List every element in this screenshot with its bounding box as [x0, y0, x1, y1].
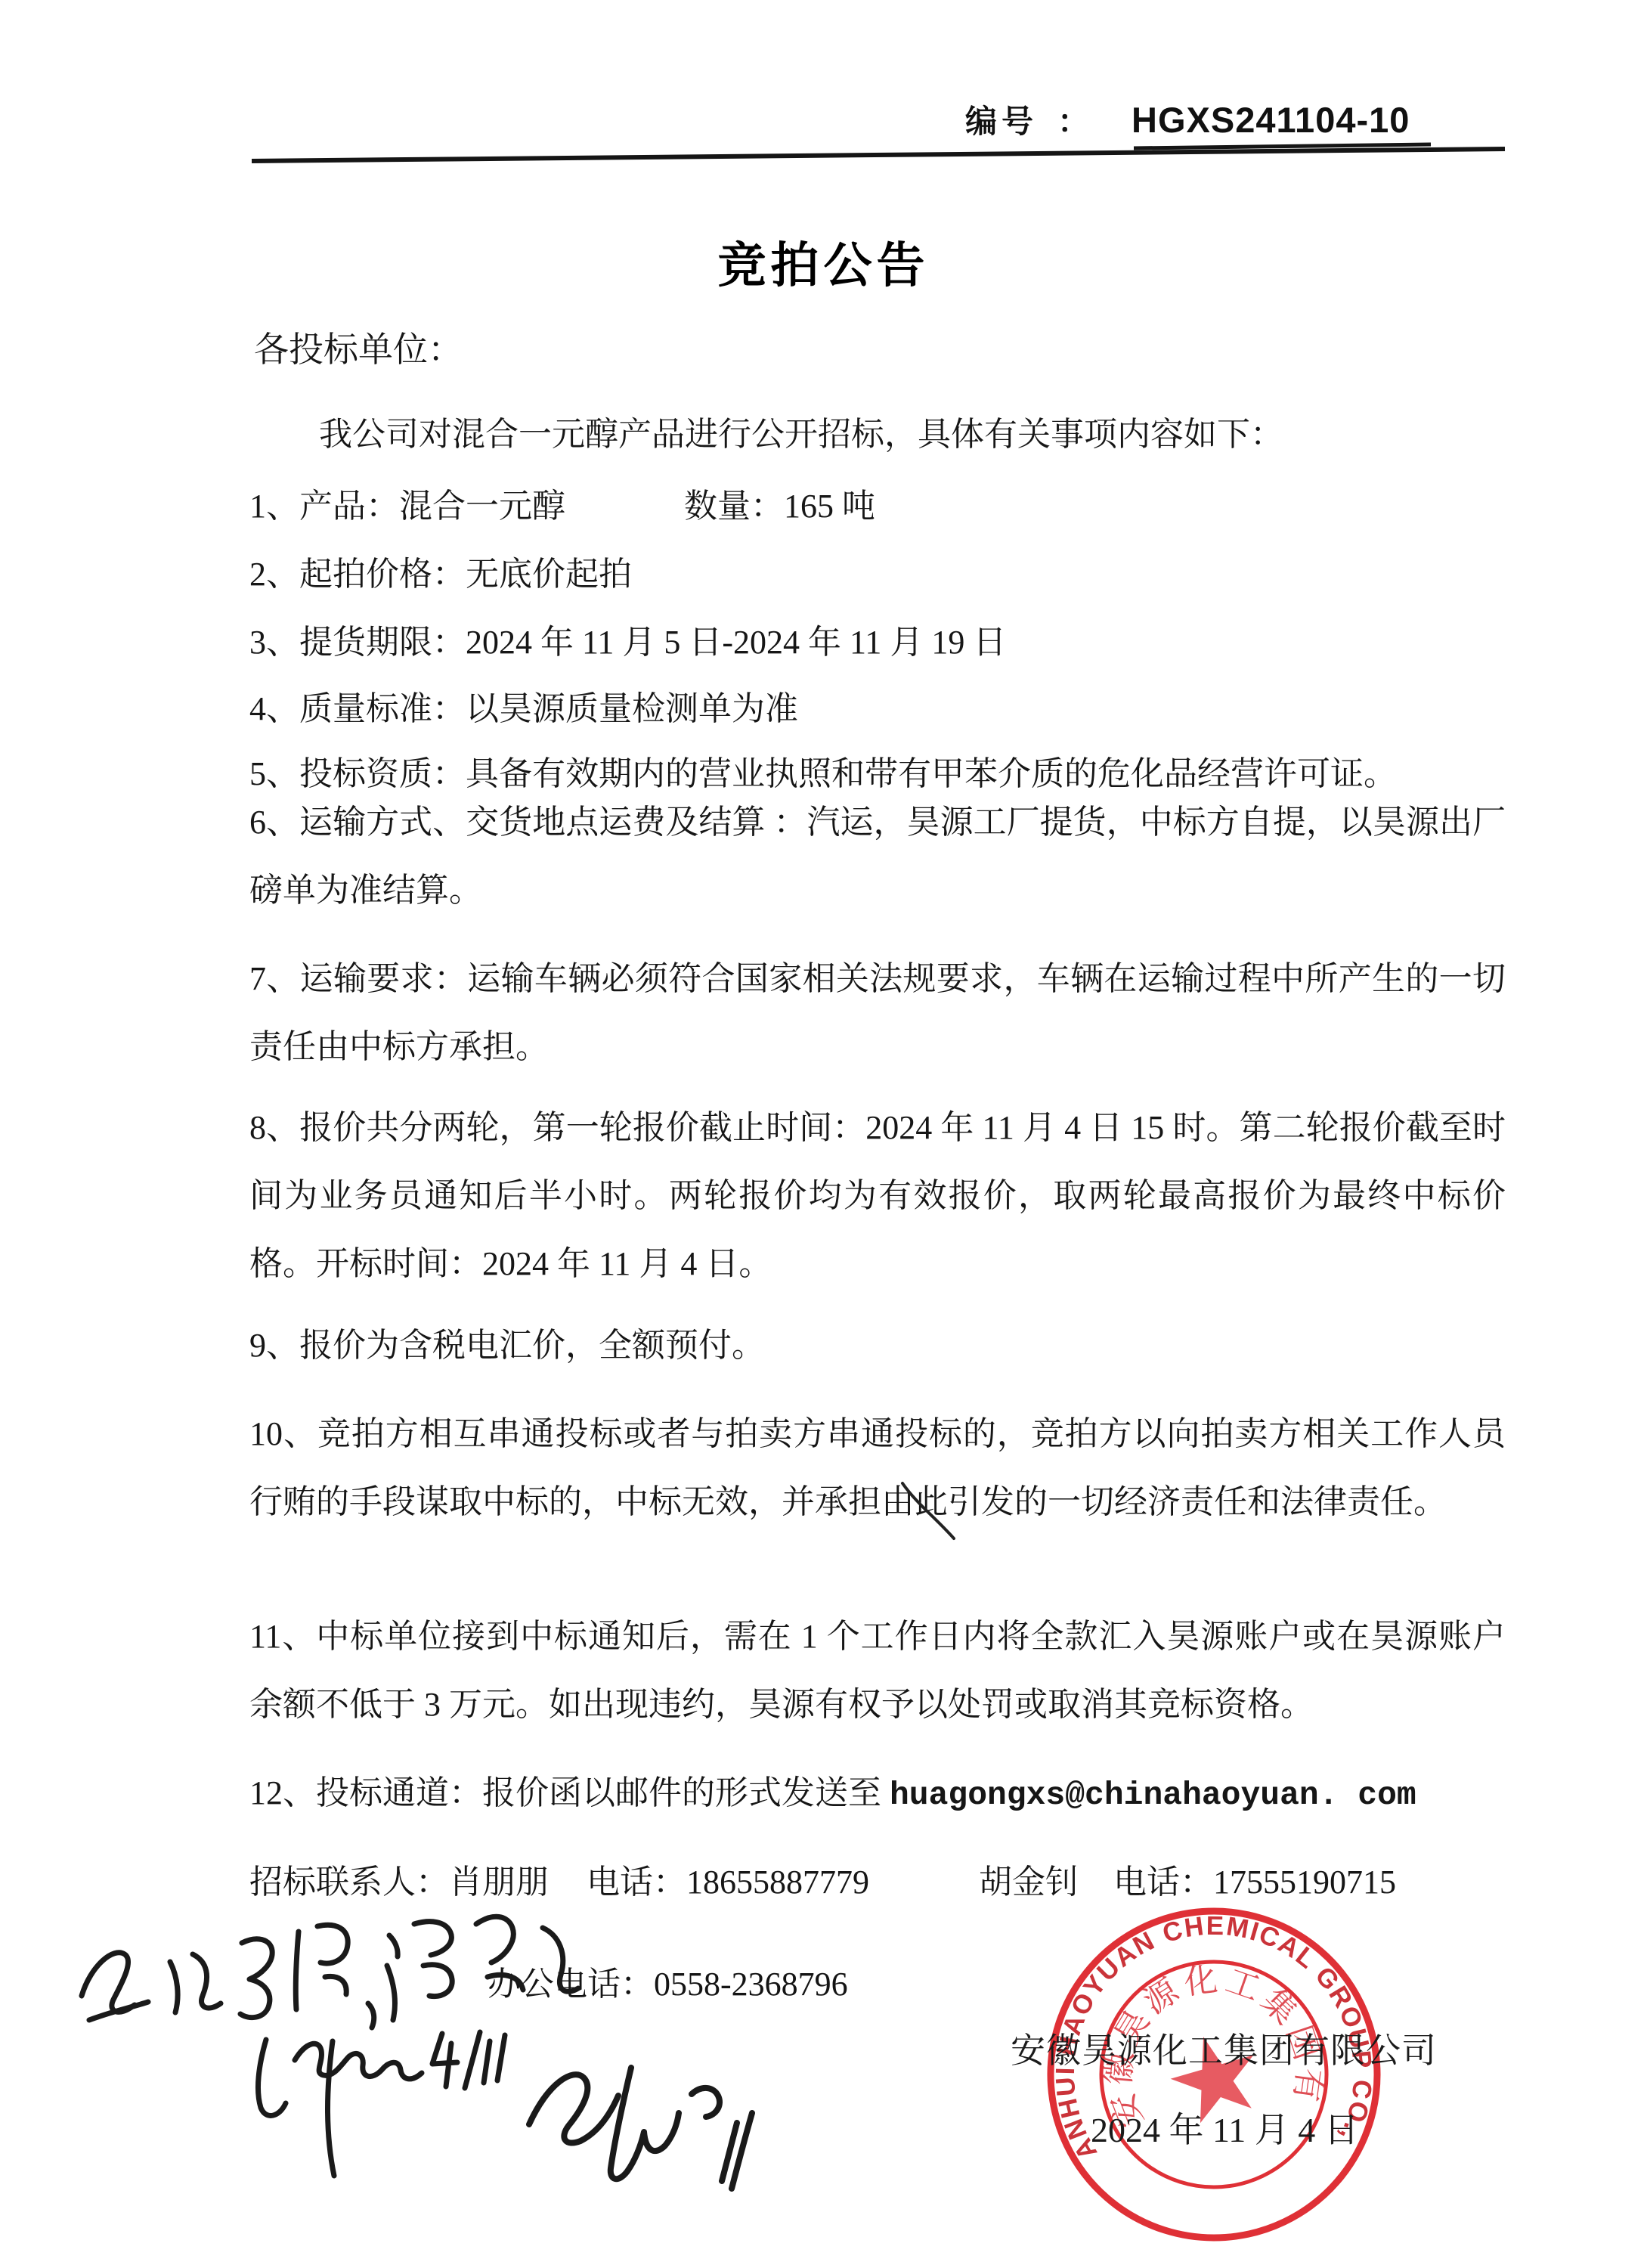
seal-inner-text: 安徽昊源化工集团有限公司 — [1042, 1905, 1331, 2139]
company-name: 安徽昊源化工集团有限公司 — [1011, 2028, 1437, 2074]
contact-phone-1: 电话：18655887779 — [587, 1848, 869, 1916]
intro-paragraph: 我公司对混合一元醇产品进行公开招标，具体有关事项内容如下： — [249, 401, 1506, 469]
item-12-prefix: 12、投标通道：报价函以邮件的形式发送至 — [249, 1774, 890, 1811]
approver-signature-left — [258, 2032, 505, 2176]
contact-phone-2: 电话：17555190715 — [1113, 1848, 1396, 1916]
item-1-quantity: 数量：165 吨 — [684, 472, 875, 541]
contact-person-2: 胡金钊 — [979, 1848, 1079, 1916]
item-10: 10、竞拍方相互串通投标或者与拍卖方串通投标的，竞拍方以向拍卖方相关工作人员行贿… — [249, 1400, 1506, 1536]
approver-signature-center — [529, 2068, 752, 2189]
scanned-auction-announcement: 编号 ： HGXS241104-10 竞拍公告 各投标单位： 我公司对混合一元醇… — [0, 0, 1647, 2268]
office-phone: 办公电话：0558-2368796 — [488, 1950, 848, 2019]
item-1-product: 1、产品：混合一元醇 — [249, 488, 565, 525]
item-2: 2、起拍价格：无底价起拍 — [249, 541, 1506, 609]
header-rule-line — [252, 149, 1505, 161]
company-seal-stamp: ANHUI HAOYUAN CHEMICAL GROUP CO., LTD. 安… — [1042, 1905, 1389, 2245]
item-12: 12、投标通道：报价函以邮件的形式发送至 huagongxs@chinahaoy… — [249, 1759, 1506, 1830]
bidding-email: huagongxs@chinahaoyuan. com — [890, 1777, 1416, 1814]
item-8: 8、报价共分两轮，第一轮报价截止时间：2024 年 11 月 4 日 15 时。… — [249, 1094, 1506, 1298]
item-6: 6、运输方式、交货地点运费及结算 ：汽运，昊源工厂提货，中标方自提，以昊源出厂磅… — [249, 789, 1506, 925]
seal-outer-ring — [1042, 1905, 1388, 2245]
seal-inner-ring — [1094, 1954, 1334, 2195]
item-9: 9、报价为含税电汇价，全额预付。 — [249, 1312, 1506, 1380]
item-7: 7、运输要求：运输车辆必须符合国家相关法规要求，车辆在运输过程中所产生的一切责任… — [249, 945, 1506, 1081]
doc-number-code: HGXS241104-10 — [1132, 99, 1410, 141]
page-title: 竞拍公告 — [0, 227, 1647, 296]
item-3: 3、提货期限：2024 年 11 月 5 日-2024 年 11 月 19 日 — [249, 609, 1506, 677]
item-11: 11、中标单位接到中标通知后，需在 1 个工作日内将全款汇入昊源账户或在昊源账户… — [249, 1603, 1506, 1739]
signoff-date: 2024 年 11 月 4 日 — [1091, 2108, 1359, 2153]
contacts-row: 招标联系人：肖朋朋 电话：18655887779 胡金钊 电话：17555190… — [249, 1848, 1506, 1916]
doc-number-row: 编号 ： HGXS241104-10 — [965, 97, 1410, 142]
item-1: 1、产品：混合一元醇 数量：165 吨 — [249, 472, 1506, 541]
salutation: 各投标单位： — [254, 326, 463, 374]
item-4: 4、质量标准：以昊源质量检测单为准 — [249, 675, 1506, 743]
contact-person-1: 招标联系人：肖朋朋 — [249, 1848, 549, 1916]
doc-code-underline — [1134, 144, 1431, 148]
doc-number-label: 编号 — [965, 97, 1038, 142]
doc-number-colon: ： — [1057, 97, 1089, 142]
